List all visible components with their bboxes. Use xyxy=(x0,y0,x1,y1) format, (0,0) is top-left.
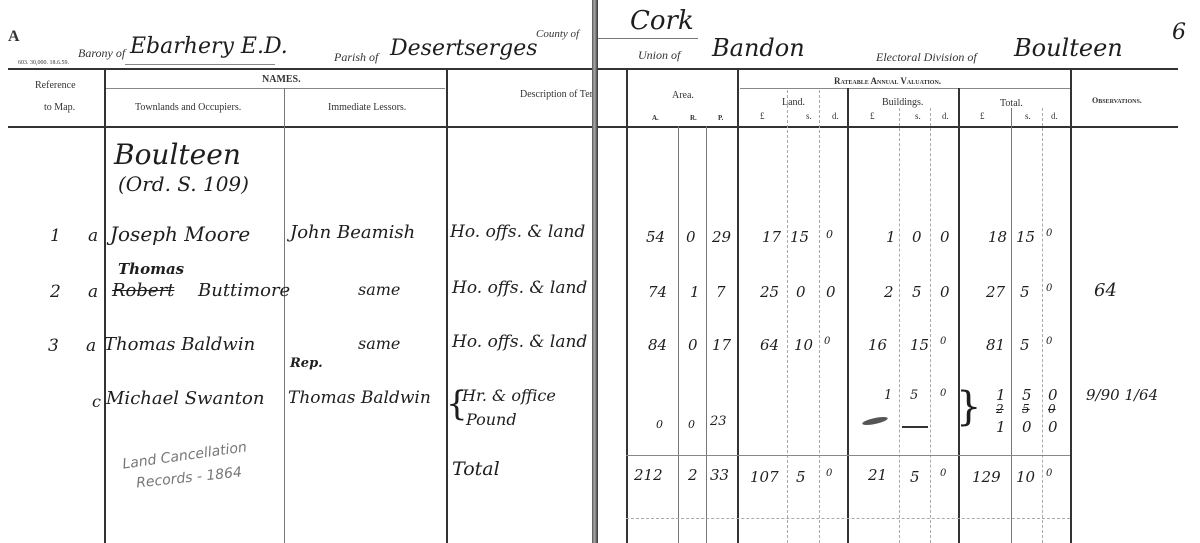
row-ref: 1 xyxy=(50,226,61,246)
area-acres: 74 xyxy=(648,283,667,301)
col-observations: Observations. xyxy=(1092,96,1142,105)
tot-pence: 0 xyxy=(1046,336,1052,347)
observation: 9/90 1/64 xyxy=(1086,386,1158,404)
col-reference-sub: to Map. xyxy=(44,102,75,113)
total-land-pence: 0 xyxy=(826,468,832,479)
col-area-r: R. xyxy=(690,114,697,122)
land-pence: 0 xyxy=(826,283,836,301)
row-ref: 3 xyxy=(48,336,59,356)
tot-shillings-hdr: s. xyxy=(1025,111,1031,121)
area-roods: 0 xyxy=(688,336,698,354)
lessor: Thomas Baldwin xyxy=(288,388,431,408)
col-names: NAMES. xyxy=(262,74,301,85)
total-bld-pounds: 21 xyxy=(868,466,887,484)
occupier: Joseph Moore xyxy=(110,222,250,246)
land-shillings: 15 xyxy=(790,228,809,246)
barony-value: Ebarhery E.D. xyxy=(130,34,288,59)
bld-pence: 0 xyxy=(940,283,950,301)
lessor: same xyxy=(358,280,400,299)
bld-pence: 0 xyxy=(940,388,946,399)
total-pence: 0 xyxy=(1046,468,1052,479)
col-divider xyxy=(899,108,900,543)
bld-shillings-hdr: s. xyxy=(915,111,921,121)
union-value: Bandon xyxy=(712,34,805,62)
total-acres: 212 xyxy=(634,466,663,484)
land-pounds-hdr: £ xyxy=(760,111,765,121)
barony-underline xyxy=(125,64,275,65)
ed-value: Boulteen xyxy=(1014,34,1123,62)
area-roods: 0 xyxy=(688,418,695,431)
occupier: Buttimore xyxy=(198,280,290,301)
land-shillings-hdr: s. xyxy=(806,111,812,121)
names-subrule xyxy=(105,88,445,89)
col-divider xyxy=(626,68,628,543)
col-area: Area. xyxy=(672,90,694,101)
printer-note: 603. 30,000. 18.6.59. xyxy=(18,60,69,66)
description: Ho. offs. & land xyxy=(452,278,587,298)
area-perches: 7 xyxy=(716,283,726,301)
area-acres: 54 xyxy=(646,228,665,246)
col-divider xyxy=(958,88,960,543)
brace-icon: } xyxy=(956,384,981,430)
tot-line-shillings: 0 xyxy=(1022,418,1032,436)
tot-shillings: 15 xyxy=(1016,228,1035,246)
row-sub: a xyxy=(88,226,98,246)
row-ref: 2 xyxy=(50,282,61,302)
col-area-p: P. xyxy=(718,114,723,122)
total-label: Total xyxy=(452,458,500,480)
bld-shillings: 5 xyxy=(910,388,918,403)
area-acres: 0 xyxy=(656,418,663,431)
description: Ho. offs. & land xyxy=(450,222,585,242)
total-shillings: 10 xyxy=(1016,468,1035,486)
col-divider xyxy=(930,108,931,543)
tot-pence: 0 xyxy=(1046,283,1052,294)
lessor: John Beamish xyxy=(290,222,415,243)
tot-pounds-hdr: £ xyxy=(980,111,985,121)
col-land: Land. xyxy=(782,97,805,108)
description: Hr. & office xyxy=(462,386,556,405)
tot-shillings: 5 xyxy=(1020,283,1030,301)
col-divider xyxy=(678,126,679,543)
col-reference: Reference xyxy=(35,80,76,91)
land-pounds: 25 xyxy=(760,283,779,301)
col-divider xyxy=(446,68,448,543)
header-top-rule-right xyxy=(598,68,1178,70)
area-perches: 29 xyxy=(712,228,731,246)
total-bld-pence: 0 xyxy=(940,468,946,479)
col-divider xyxy=(819,90,820,543)
col-buildings: Buildings. xyxy=(882,97,923,108)
total-perches: 33 xyxy=(710,466,729,484)
parish-label: Parish of xyxy=(334,50,378,65)
bld-shillings: 5 xyxy=(912,283,922,301)
county-value: Cork xyxy=(630,6,694,36)
area-perches: 23 xyxy=(710,414,727,429)
area-roods: 0 xyxy=(686,228,696,246)
header-top-rule xyxy=(8,68,592,70)
tot-line-pence: 0 xyxy=(1048,418,1058,436)
total-land-pounds: 107 xyxy=(750,468,779,486)
occupier-struck: Robert xyxy=(112,280,174,301)
tot-pounds: 18 xyxy=(988,228,1007,246)
page-number: 6 xyxy=(1172,20,1186,45)
ink-blot xyxy=(862,415,889,426)
area-acres: 84 xyxy=(648,336,667,354)
tot-pounds: 27 xyxy=(986,283,1005,301)
occupier: Michael Swanton xyxy=(106,388,264,409)
townland-ord: (Ord. S. 109) xyxy=(118,172,249,196)
dash-mark xyxy=(902,426,928,428)
col-divider xyxy=(737,68,739,543)
bld-pounds: 16 xyxy=(868,336,887,354)
header-bottom-rule xyxy=(8,126,592,128)
county-label: County of xyxy=(536,28,579,40)
land-pence-hdr: d. xyxy=(832,111,839,121)
area-roods: 1 xyxy=(690,283,700,301)
col-lessors: Immediate Lessors. xyxy=(328,102,406,113)
lessor: same xyxy=(358,334,400,353)
valuation-subrule xyxy=(740,88,1070,89)
col-divider xyxy=(847,88,849,543)
tot-shillings: 5 xyxy=(1020,336,1030,354)
col-divider xyxy=(104,68,106,543)
tot-pence: 0 xyxy=(1046,228,1052,239)
occupier: Thomas Baldwin xyxy=(104,334,255,355)
bld-pounds-hdr: £ xyxy=(870,111,875,121)
row-sub: a xyxy=(88,282,98,302)
bld-pence: 0 xyxy=(940,228,950,246)
ed-label: Electoral Division of xyxy=(876,50,977,65)
col-divider xyxy=(1070,68,1072,543)
row-sub: a xyxy=(86,336,96,356)
area-perches: 17 xyxy=(712,336,731,354)
tot-line-shillings: 5 xyxy=(1022,402,1030,416)
bld-pence: 0 xyxy=(940,336,946,347)
total-roods: 2 xyxy=(688,466,698,484)
row-sub: c xyxy=(92,392,101,411)
tot-pence-hdr: d. xyxy=(1051,111,1058,121)
parish-value: Desertserges xyxy=(390,36,538,61)
col-description: Description of Tenement. xyxy=(520,89,592,100)
description-line2: Pound xyxy=(466,410,517,429)
total-top-rule xyxy=(626,455,1070,456)
bld-shillings: 15 xyxy=(910,336,929,354)
total-pounds: 129 xyxy=(972,468,1001,486)
col-divider xyxy=(1011,108,1012,543)
lessor-note: Rep. xyxy=(290,356,323,371)
land-shillings: 0 xyxy=(796,283,806,301)
total-bottom-rule xyxy=(626,518,1070,519)
occupier-correction: Thomas xyxy=(118,260,184,278)
tot-pounds: 81 xyxy=(986,336,1005,354)
townland-name: Boulteen xyxy=(114,138,241,171)
tot-line-pounds: 2 xyxy=(996,402,1004,416)
col-area-a: A. xyxy=(652,114,659,122)
land-pounds: 17 xyxy=(762,228,781,246)
tot-line-pounds: 1 xyxy=(996,418,1006,436)
bld-pounds: 2 xyxy=(884,283,894,301)
barony-label: Barony of xyxy=(78,46,125,61)
land-pence: 0 xyxy=(824,336,830,347)
bld-pounds: 1 xyxy=(886,228,896,246)
bld-shillings: 0 xyxy=(912,228,922,246)
sheet-letter: A xyxy=(8,28,20,46)
col-divider xyxy=(706,126,707,543)
col-divider xyxy=(1042,108,1043,543)
book-spine xyxy=(592,0,598,543)
land-pounds: 64 xyxy=(760,336,779,354)
header-bottom-rule-right xyxy=(598,126,1178,128)
col-valuation: Rateable Annual Valuation. xyxy=(834,76,941,86)
land-shillings: 10 xyxy=(794,336,813,354)
col-divider xyxy=(787,90,788,543)
bld-pence-hdr: d. xyxy=(942,111,949,121)
observation: 64 xyxy=(1094,280,1117,301)
land-pence: 0 xyxy=(826,228,833,241)
bld-pounds: 1 xyxy=(884,388,892,403)
total-bld-shillings: 5 xyxy=(910,468,920,486)
description: Ho. offs. & land xyxy=(452,332,587,352)
col-divider xyxy=(284,88,285,543)
tot-line-pence: 0 xyxy=(1048,402,1056,416)
union-label: Union of xyxy=(638,48,680,63)
col-townlands: Townlands and Occupiers. xyxy=(135,102,241,113)
total-land-shillings: 5 xyxy=(796,468,806,486)
county-underline xyxy=(598,38,698,39)
